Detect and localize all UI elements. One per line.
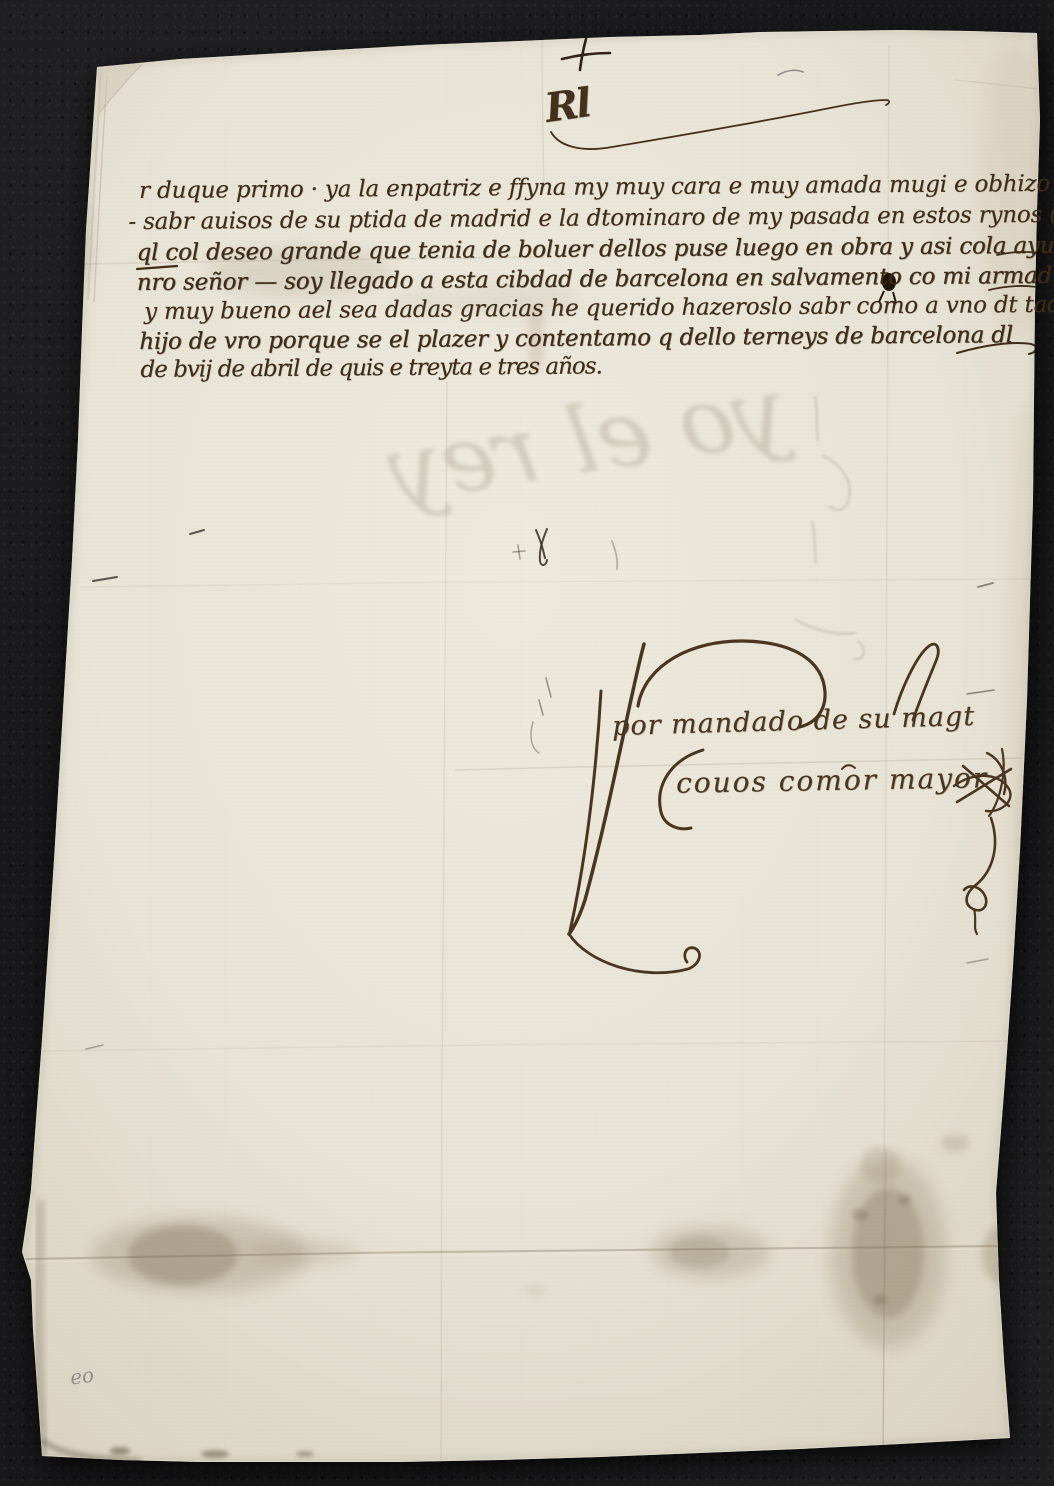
fold-stain-edge: [982, 1225, 1026, 1285]
manuscript-artwork: [0, 0, 1054, 1486]
photograph-of-letter: Rl yo el rey r duque primo · ya la enpat…: [0, 0, 1054, 1486]
paper-surface-details: [0, 0, 1054, 1486]
reddish-streak: [528, 306, 544, 374]
left-edge-stain: [8, 180, 88, 304]
text-area-smudge: [208, 246, 392, 298]
